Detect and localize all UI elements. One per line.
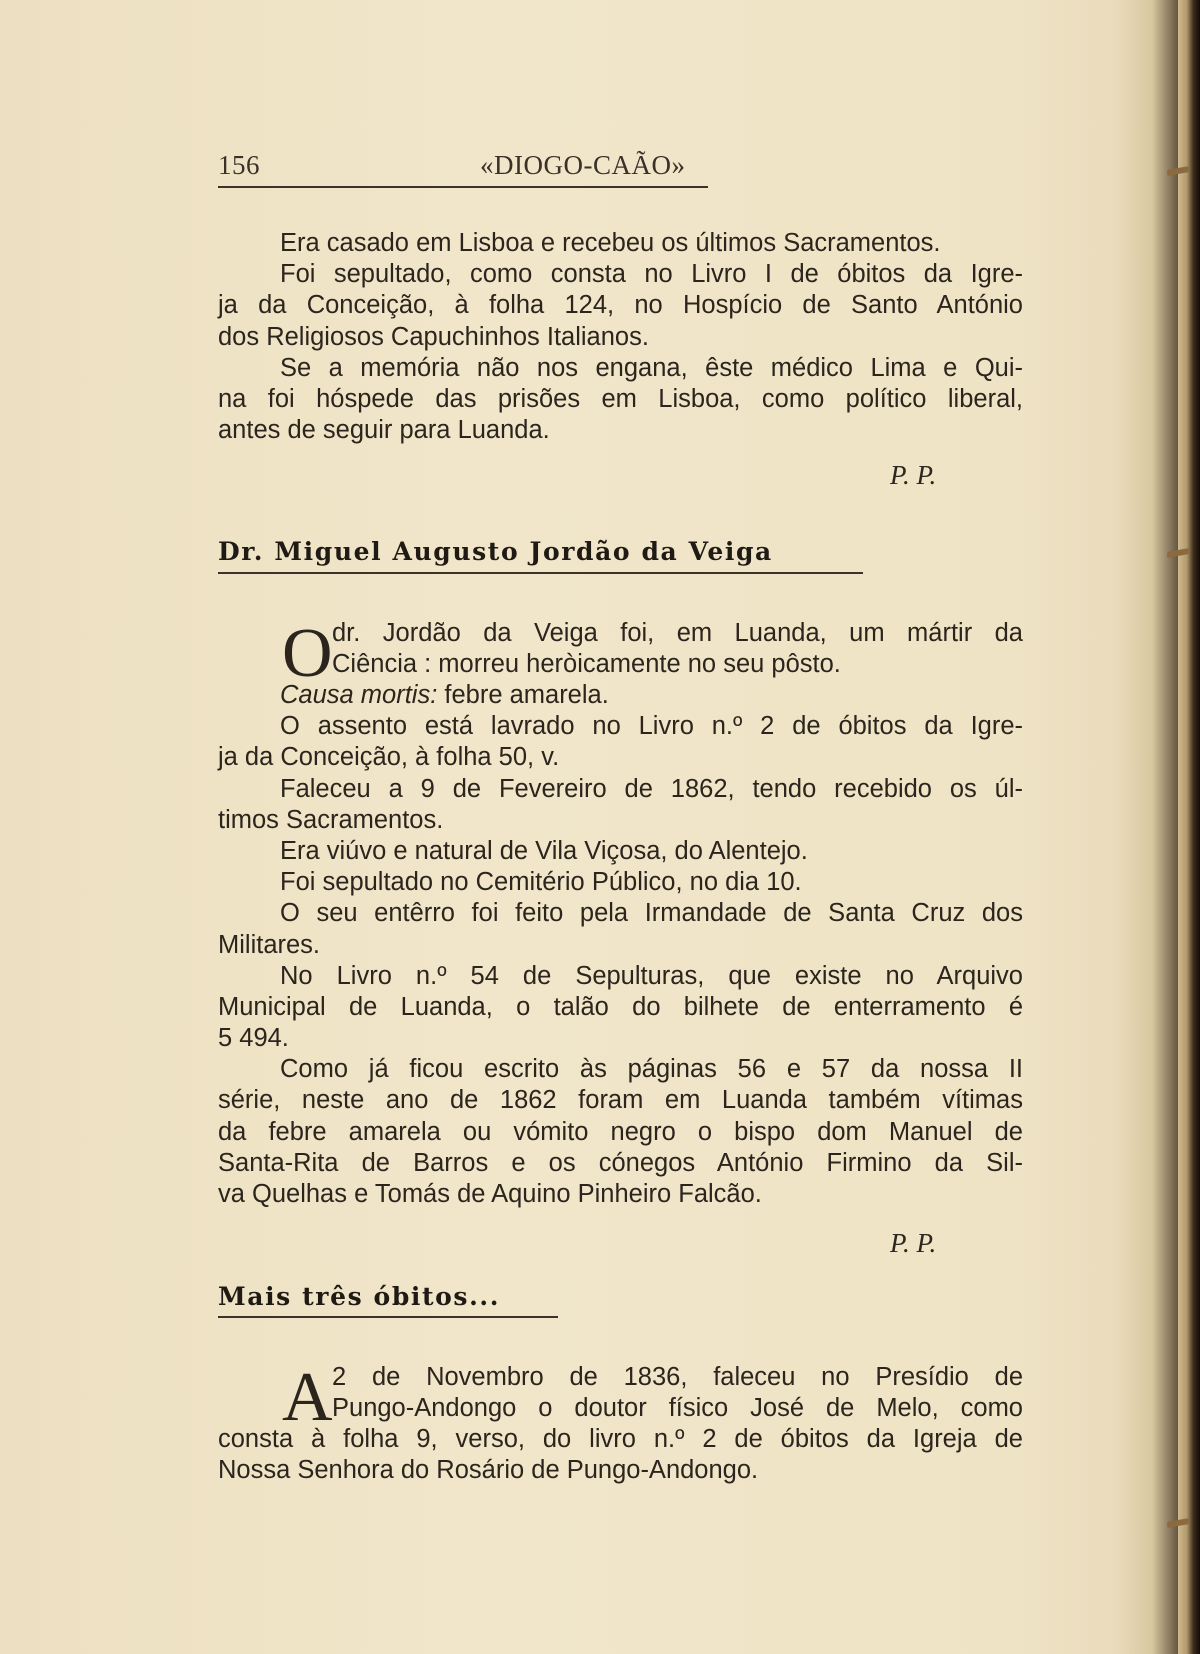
text-line: Como já ficou escrito às páginas 56 e 57…: [218, 1054, 1023, 1085]
text-line: ja da Conceição, à folha 50, v.: [218, 742, 1023, 773]
text-line: consta à folha 9, verso, do livro n.º 2 …: [218, 1424, 1023, 1455]
text-line: timos Sacramentos.: [218, 805, 1023, 836]
section2-text: Causa mortis: febre amarela. O assento e…: [218, 680, 1023, 1210]
latin-phrase: Causa mortis:: [280, 681, 437, 709]
signature: P. P.: [890, 1228, 936, 1259]
text-line: da febre amarela ou vómito negro o bispo…: [218, 1117, 1023, 1148]
section1-text: Era casado em Lisboa e recebeu os último…: [218, 228, 1023, 446]
section-title: Mais três óbitos...: [218, 1282, 500, 1311]
section3-intro: 2 de Novembro de 1836, faleceu no Presíd…: [332, 1362, 1023, 1424]
text-line: Nossa Senhora do Rosário de Pungo-Andong…: [218, 1455, 1023, 1486]
text-line: Militares.: [218, 930, 1023, 961]
text-line: na foi hóspede das prisões em Lisboa, co…: [218, 384, 1023, 415]
text-line: dos Religiosos Capuchinhos Italianos.: [218, 322, 1023, 353]
text-line: antes de seguir para Luanda.: [218, 415, 1023, 446]
text-line: Causa mortis: febre amarela.: [218, 680, 1023, 711]
section-rule: [218, 572, 863, 574]
section3-text: consta à folha 9, verso, do livro n.º 2 …: [218, 1424, 1023, 1486]
text-line: Era viúvo e natural de Vila Viçosa, do A…: [218, 836, 1023, 867]
text-line: dr. Jordão da Veiga foi, em Luanda, um m…: [332, 618, 1023, 649]
text-line: Se a memória não nos engana, êste médico…: [218, 353, 1023, 384]
text-line: Ciência : morreu heròicamente no seu pôs…: [332, 649, 1023, 680]
text-line: 5 494.: [218, 1023, 1023, 1054]
text-line: Pungo-Andongo o doutor físico José de Me…: [332, 1393, 1023, 1424]
text-line: Foi sepultado, como consta no Livro I de…: [218, 259, 1023, 290]
text-line: série, neste ano de 1862 foram em Luanda…: [218, 1085, 1023, 1116]
header-rule: [218, 186, 708, 188]
journal-title: «DIOGO-CAÃO»: [480, 150, 685, 181]
text-line: ja da Conceição, à folha 124, no Hospíci…: [218, 290, 1023, 321]
section-rule: [218, 1316, 558, 1318]
drop-cap: A: [282, 1368, 333, 1428]
page-number: 156: [218, 150, 260, 181]
text-line: 2 de Novembro de 1836, faleceu no Presíd…: [332, 1362, 1023, 1393]
signature: P. P.: [890, 460, 936, 491]
text-line: Era casado em Lisboa e recebeu os último…: [218, 228, 1023, 259]
text-line: Municipal de Luanda, o talão do bilhete …: [218, 992, 1023, 1023]
drop-cap: O: [282, 624, 333, 684]
cause-value: febre amarela.: [437, 681, 609, 709]
section2-intro: dr. Jordão da Veiga foi, em Luanda, um m…: [332, 618, 1023, 680]
text-line: Faleceu a 9 de Fevereiro de 1862, tendo …: [218, 774, 1023, 805]
text-line: va Quelhas e Tomás de Aquino Pinheiro Fa…: [218, 1179, 1023, 1210]
text-line: O assento está lavrado no Livro n.º 2 de…: [218, 711, 1023, 742]
text-line: No Livro n.º 54 de Sepulturas, que exist…: [218, 961, 1023, 992]
section-title: Dr. Miguel Augusto Jordão da Veiga: [218, 537, 773, 566]
text-line: Santa-Rita de Barros e os cónegos Antóni…: [218, 1148, 1023, 1179]
text-line: Foi sepultado no Cemitério Público, no d…: [218, 867, 1023, 898]
book-gutter: [1178, 0, 1200, 1654]
text-line: O seu entêrro foi feito pela Irmandade d…: [218, 898, 1023, 929]
